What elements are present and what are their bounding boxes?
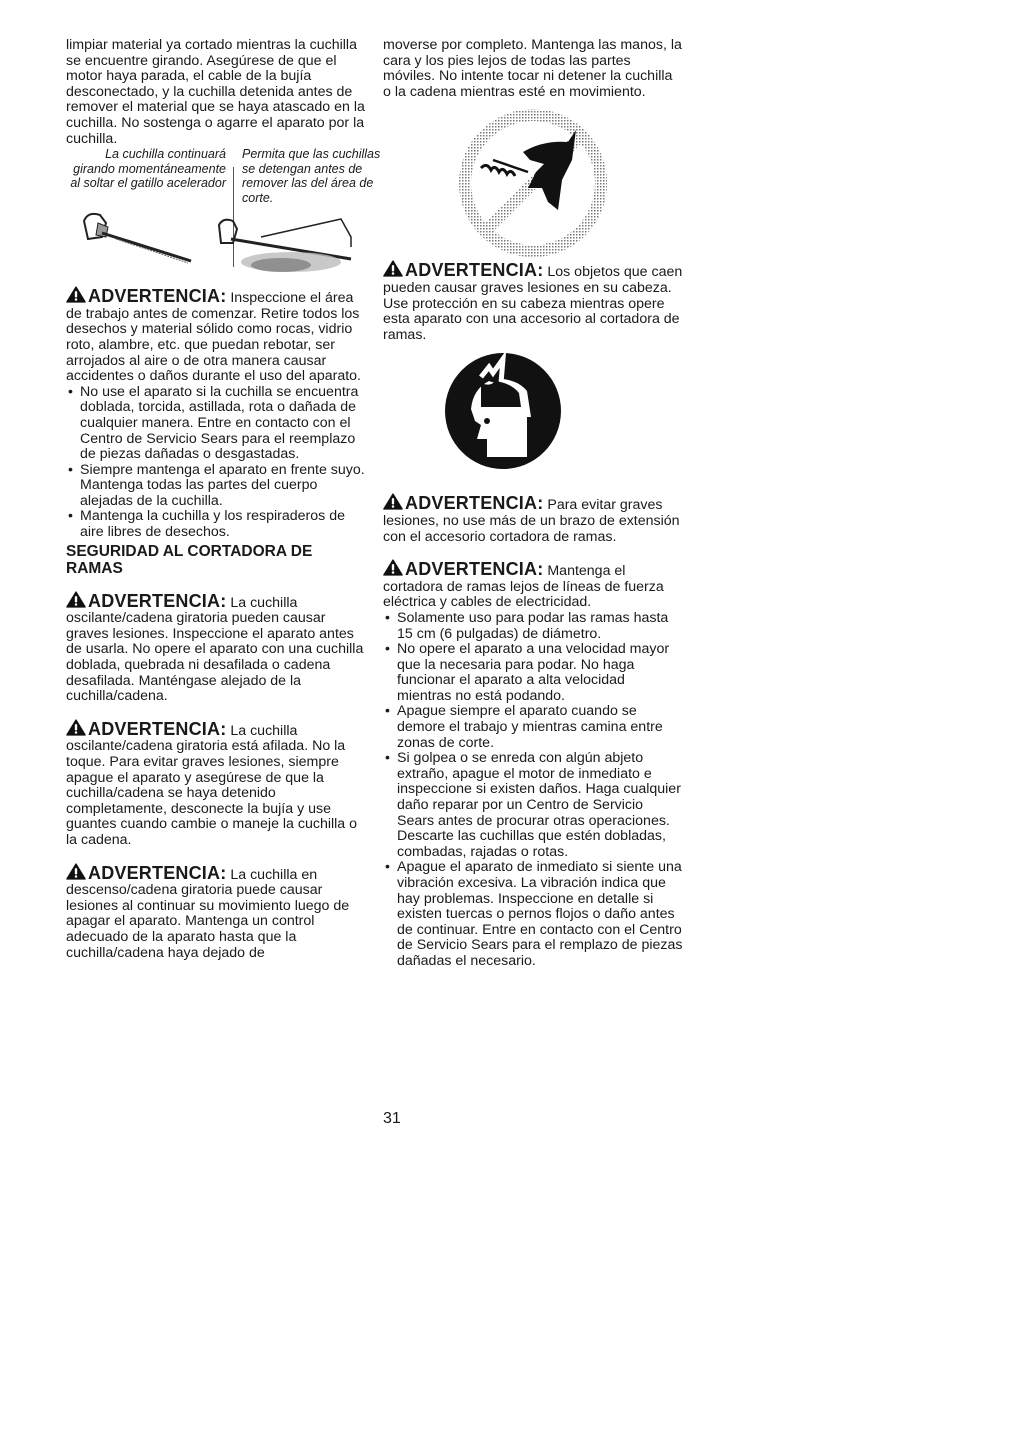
list-item: Apague el aparato de inmediato si siente… <box>383 860 683 969</box>
list-item: No opere el aparato a una velocidad mayo… <box>383 642 683 704</box>
figure-caption-right: Permita que las cuchillas se detengan an… <box>242 147 382 205</box>
left-column: limpiar material ya cortado mientras la … <box>66 38 366 961</box>
page-number: 31 <box>383 1110 401 1128</box>
warning-label: ADVERTENCIA: <box>88 591 226 611</box>
warning-triangle-icon <box>66 719 86 736</box>
warning-triangle-icon <box>66 591 86 608</box>
warning-label: ADVERTENCIA: <box>405 260 543 280</box>
intro-paragraph: moverse por completo. Mantenga las manos… <box>383 38 683 100</box>
no-hands-near-blade-icon <box>453 108 613 258</box>
list-item: Apague siempre el aparato cuando se demo… <box>383 704 683 751</box>
warning-triangle-icon <box>383 260 403 277</box>
warning-triangle-icon <box>383 559 403 576</box>
warning-triangle-icon <box>383 493 403 510</box>
warning-sharp-blade: ADVERTENCIA: La cuchilla oscilante/caden… <box>66 719 366 849</box>
warning-label: ADVERTENCIA: <box>88 719 226 739</box>
wear-head-protection-icon <box>443 349 573 479</box>
warning-inspect-work-area: ADVERTENCIA: Inspeccione el área de trab… <box>66 286 366 385</box>
warning-label: ADVERTENCIA: <box>405 559 543 579</box>
warning-extension-arm: ADVERTENCIA: Para evitar graves lesiones… <box>383 493 683 545</box>
hedge-trimmer-figure: La cuchilla continuará girando momentáne… <box>66 147 366 272</box>
warning-label: ADVERTENCIA: <box>88 863 226 883</box>
hedge-trimmer-illustration-left <box>76 209 196 269</box>
warning-label: ADVERTENCIA: <box>88 286 226 306</box>
bullet-list: Solamente uso para podar las ramas hasta… <box>383 611 683 970</box>
bullet-list: No use el aparato si la cuchilla se encu… <box>66 385 366 541</box>
warning-power-lines: ADVERTENCIA: Mantenga el cortadora de ra… <box>383 559 683 611</box>
warning-label: ADVERTENCIA: <box>405 493 543 513</box>
warning-coasting-blade: ADVERTENCIA: La cuchilla en descenso/cad… <box>66 863 366 962</box>
warning-falling-objects: ADVERTENCIA: Los objetos que caen pueden… <box>383 260 683 343</box>
list-item: Solamente uso para podar las ramas hasta… <box>383 611 683 642</box>
warning-text: La cuchilla oscilante/cadena giratoria e… <box>66 723 357 848</box>
hedge-trimmer-illustration-right <box>211 217 361 275</box>
right-column: moverse por completo. Mantenga las manos… <box>383 38 683 970</box>
warning-oscillating-blade: ADVERTENCIA: La cuchilla oscilante/caden… <box>66 591 366 705</box>
list-item: No use el aparato si la cuchilla se encu… <box>66 385 366 463</box>
warning-triangle-icon <box>66 286 86 303</box>
section-title: SEGURIDAD AL CORTADORA DE RAMAS <box>66 543 366 577</box>
warning-triangle-icon <box>66 863 86 880</box>
list-item: Siempre mantenga el aparato en frente su… <box>66 463 366 510</box>
intro-paragraph: limpiar material ya cortado mientras la … <box>66 38 366 147</box>
warning-text: La cuchilla oscilante/cadena giratoria p… <box>66 595 363 705</box>
figure-caption-left: La cuchilla continuará girando momentáne… <box>66 147 226 191</box>
list-item: Mantenga la cuchilla y los respiraderos … <box>66 509 366 540</box>
list-item: Si golpea o se enreda con algún abjeto e… <box>383 751 683 860</box>
